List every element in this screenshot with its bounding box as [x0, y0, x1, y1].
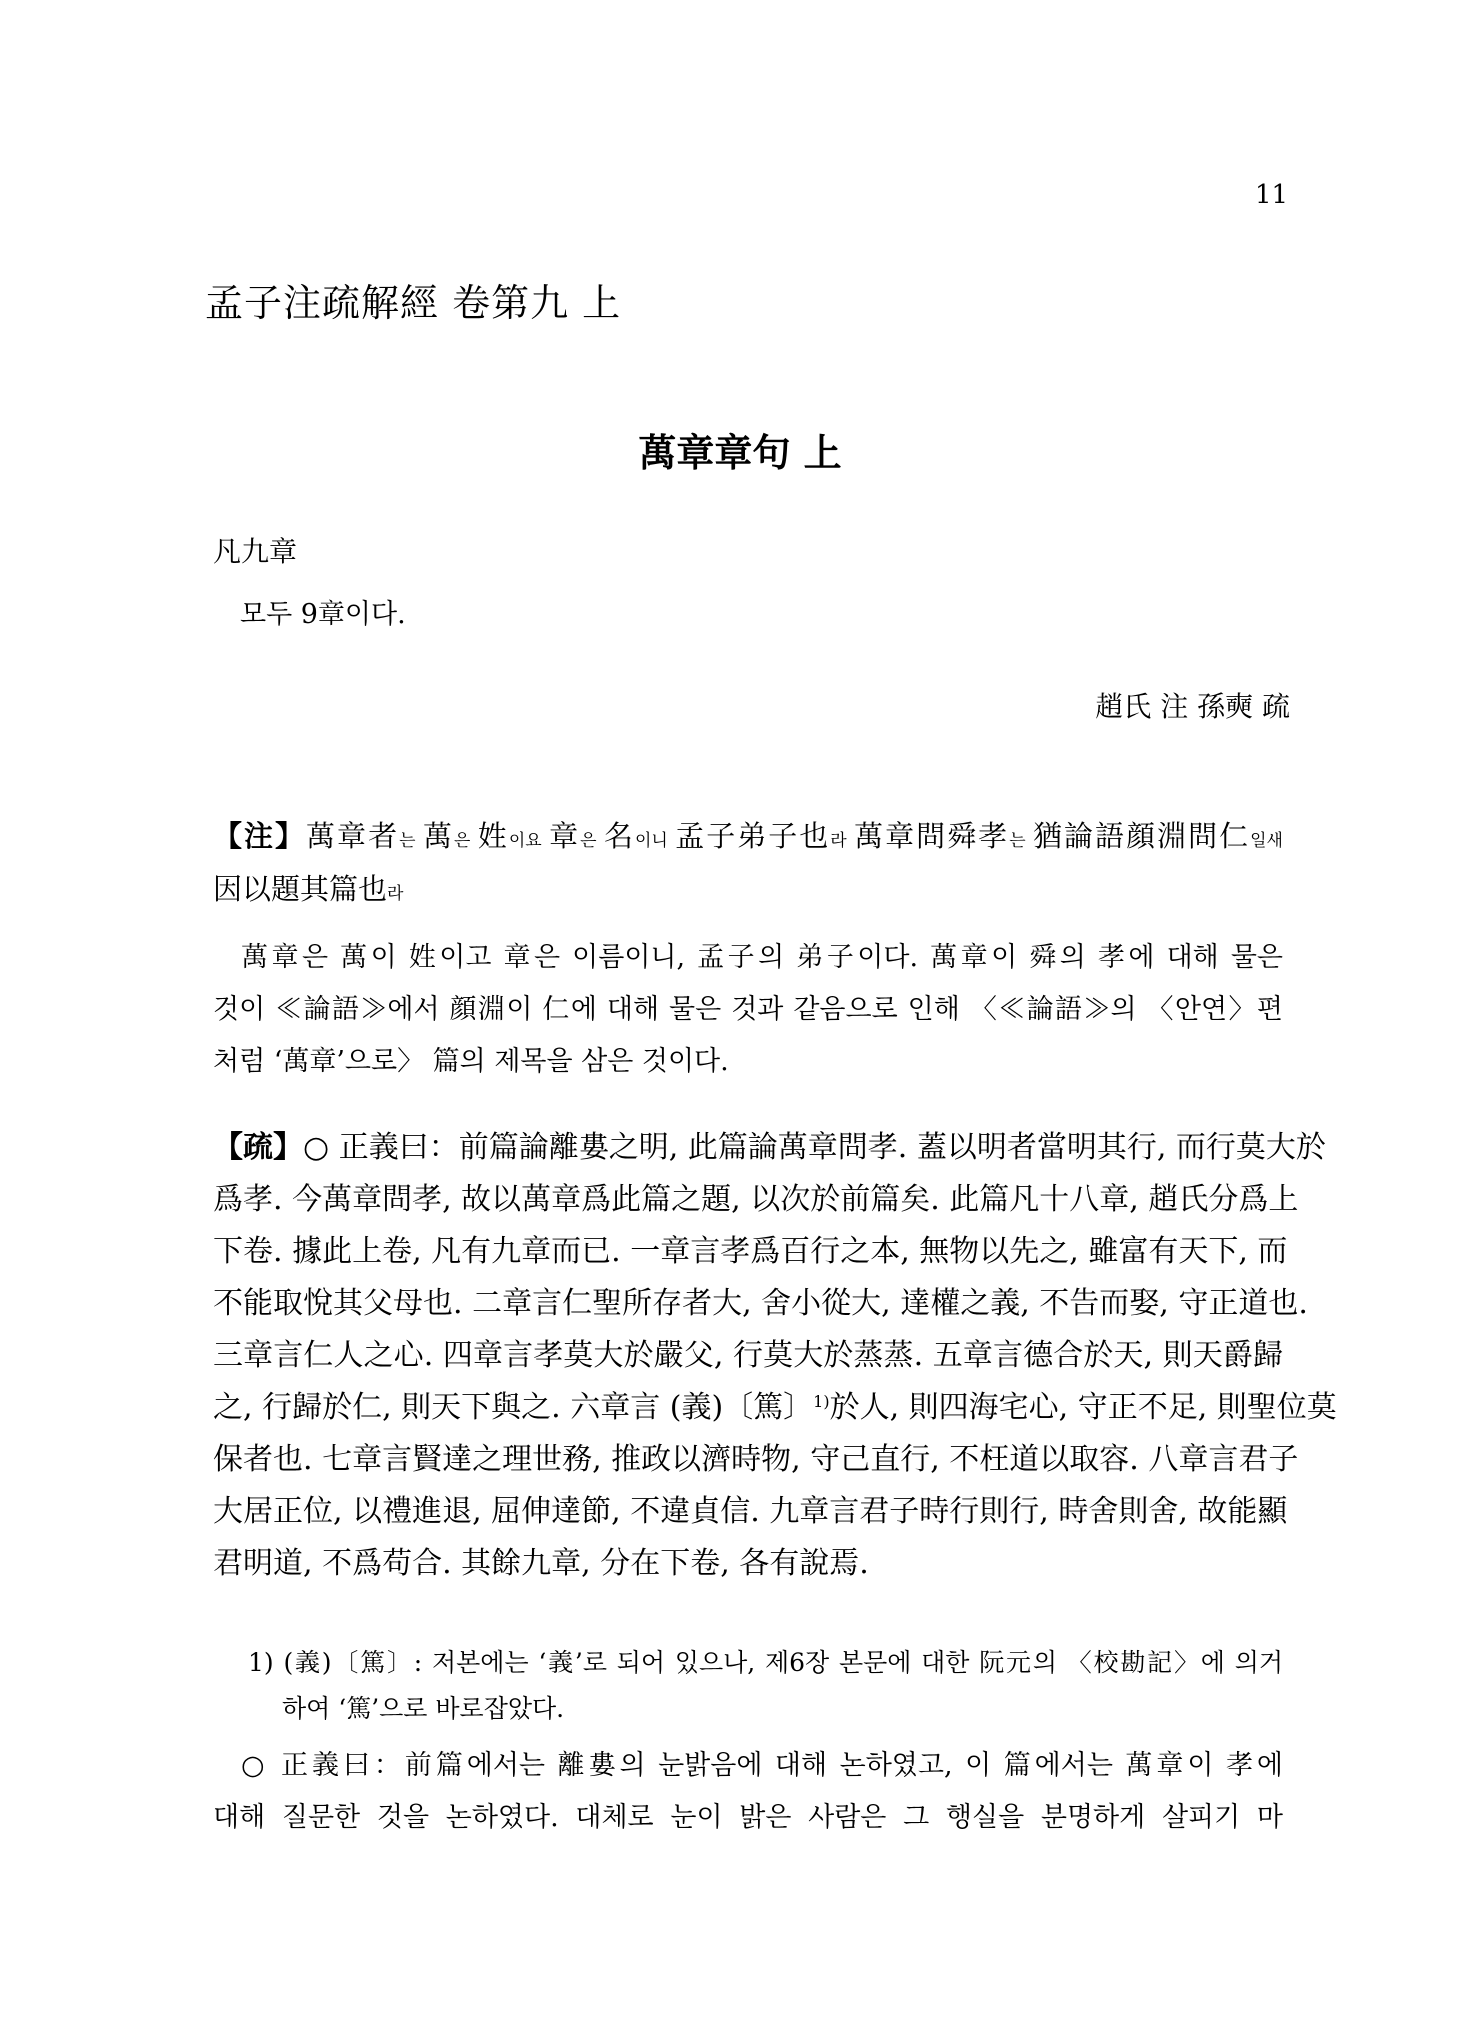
footnote: 1) (義)〔篤〕: 저본에는 ‘義’로 되어 있으나, 제6장 본문에 대한 … [248, 1640, 1283, 1732]
subcommentary-line: 君明道, 不爲苟合. 其餘九章, 分在下卷, 各有說焉. [213, 1538, 1283, 1590]
text-segment: 姓 [478, 819, 509, 853]
particle: 이니 [635, 831, 675, 851]
text-segment: 名 [604, 819, 635, 853]
line-text: 於人, 則四海宅心, 守正不足, 則聖位莫 [830, 1390, 1337, 1425]
translation-line: 것이 ≪論語≫에서 顔淵이 仁에 대해 물은 것과 같음으로 인해 〈≪論語≫의… [213, 984, 1283, 1036]
line-text: ○ 正義曰：前篇論離婁之明, 此篇論萬章問孝. 蓋以明者當明其行, 而行莫大於 [303, 1130, 1326, 1165]
particle: 은 [454, 831, 478, 851]
line-text: 之, 行歸於仁, 則天下與之. 六章言 (義)〔篤〕 [213, 1390, 813, 1425]
particle: 은 [580, 831, 604, 851]
subcommentary-tag: 【疏】 [213, 1130, 303, 1165]
line-text: (義)〔篤〕: 저본에는 ‘義’로 되어 있으나, 제6장 본문에 대한 阮元의… [283, 1648, 1283, 1677]
particle: 라 [387, 884, 403, 904]
subcommentary-line: 三章言仁人之心. 四章言孝莫大於嚴父, 行莫大於蒸蒸. 五章言德合於天, 則天爵… [213, 1330, 1283, 1382]
subcommentary-translation: ○ 正義曰：前篇에서는 離婁의 눈밝음에 대해 논하였고, 이 篇에서는 萬章이… [213, 1740, 1283, 1844]
book-title: 孟子注疏解經 卷第九 上 [205, 272, 621, 327]
text-segment: 萬 [423, 819, 454, 853]
authors-line: 趙氏 注 孫奭 疏 [1095, 685, 1290, 725]
subcommentary-line: 不能取悅其父母也. 二章言仁聖所存者大, 舍小從大, 達權之義, 不告而娶, 守… [213, 1278, 1283, 1330]
chapter-count-original: 凡九章 [213, 530, 297, 570]
chapter-title: 萬章章句 上 [0, 422, 1480, 477]
footnote-line: 1) (義)〔篤〕: 저본에는 ‘義’로 되어 있으나, 제6장 본문에 대한 … [248, 1640, 1283, 1686]
text-segment: 因以題其篇也 [213, 872, 387, 906]
subcommentary-line: 大居正位, 以禮進退, 屈伸達節, 不違貞信. 九章言君子時行則行, 時舍則舍,… [213, 1486, 1283, 1538]
particle: 라 [830, 831, 854, 851]
commentary-tag: 【注】 [213, 819, 306, 853]
footnote-line: 하여 ‘篤’으로 바로잡았다. [248, 1686, 1283, 1732]
commentary-line-2: 因以題其篇也라 [213, 865, 1283, 918]
footnote-ref[interactable]: 1) [813, 1392, 829, 1411]
translation-line: 대해 질문한 것을 논하였다. 대체로 눈이 밝은 사람은 그 행실을 분명하게… [213, 1792, 1283, 1844]
text-segment: 萬章問舜孝 [854, 819, 1009, 853]
footnote-marker: 1) [248, 1648, 274, 1677]
subcommentary-line: 之, 行歸於仁, 則天下與之. 六章言 (義)〔篤〕1)於人, 則四海宅心, 守… [213, 1382, 1283, 1434]
text-segment: 猶論語顔淵問仁 [1033, 819, 1250, 853]
text-segment: 章 [549, 819, 580, 853]
subcommentary-line: 【疏】○ 正義曰：前篇論離婁之明, 此篇論萬章問孝. 蓋以明者當明其行, 而行莫… [213, 1122, 1283, 1174]
subcommentary-line: 爲孝. 今萬章問孝, 故以萬章爲此篇之題, 以次於前篇矣. 此篇凡十八章, 趙氏… [213, 1174, 1283, 1226]
translation-line: ○ 正義曰：前篇에서는 離婁의 눈밝음에 대해 논하였고, 이 篇에서는 萬章이… [213, 1740, 1283, 1792]
particle: 이요 [509, 831, 549, 851]
chapter-count-translation: 모두 9章이다. [240, 592, 406, 631]
commentary-original: 【注】萬章者는 萬은 姓이요 章은 名이니 孟子弟子也라 萬章問舜孝는 猶論語顔… [213, 812, 1283, 918]
translation-line: 萬章은 萬이 姓이고 章은 이름이니, 孟子의 弟子이다. 萬章이 舜의 孝에 … [213, 932, 1283, 984]
text-segment: 孟子弟子也 [675, 819, 830, 853]
particle: 일새 [1250, 831, 1283, 851]
commentary-translation: 萬章은 萬이 姓이고 章은 이름이니, 孟子의 弟子이다. 萬章이 舜의 孝에 … [213, 932, 1283, 1088]
commentary-line-1: 【注】萬章者는 萬은 姓이요 章은 名이니 孟子弟子也라 萬章問舜孝는 猶論語顔… [213, 812, 1283, 865]
text-segment: 萬章者 [306, 819, 399, 853]
particle: 는 [1009, 831, 1033, 851]
page-number: 11 [1255, 180, 1288, 210]
particle: 는 [399, 831, 423, 851]
translation-line: 처럼 ‘萬章’으로〉 篇의 제목을 삼은 것이다. [213, 1036, 1283, 1088]
subcommentary-line: 下卷. 據此上卷, 凡有九章而已. 一章言孝爲百行之本, 無物以先之, 雖富有天… [213, 1226, 1283, 1278]
subcommentary-original: 【疏】○ 正義曰：前篇論離婁之明, 此篇論萬章問孝. 蓋以明者當明其行, 而行莫… [213, 1122, 1283, 1590]
subcommentary-line: 保者也. 七章言賢達之理世務, 推政以濟時物, 守己直行, 不枉道以取容. 八章… [213, 1434, 1283, 1486]
